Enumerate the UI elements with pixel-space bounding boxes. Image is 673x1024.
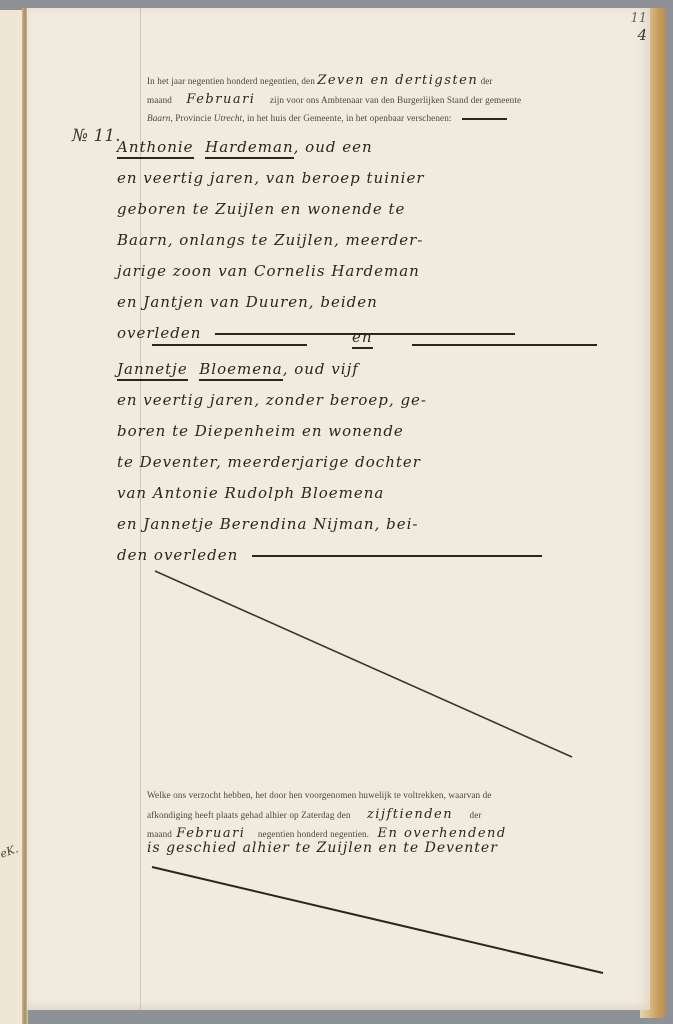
- proclamation-day-handwritten: zijftienden: [367, 807, 453, 822]
- closing-text: afkondiging heeft plaats gehad alhier op…: [147, 810, 351, 820]
- left-page-edge: [0, 10, 24, 1024]
- closing-text: maand: [147, 829, 172, 839]
- closing-line-4-handwritten: is geschied alhier te Zuijlen en te Deve…: [147, 840, 498, 856]
- closing-line-2: afkondiging heeft plaats gehad alhier op…: [147, 805, 607, 825]
- closing-line-1: Welke ons verzocht hebben, het door hen …: [147, 786, 607, 805]
- closing-text: negentien honderd negentien.: [258, 829, 369, 839]
- register-page: 11 4 In het jaar negentien honderd negen…: [27, 8, 650, 1010]
- cancel-strike-lines: [27, 8, 650, 1010]
- handwritten-addendum: En overhendend: [378, 826, 507, 841]
- proclamation-month-handwritten: Februari: [176, 826, 245, 841]
- closing-text: der: [470, 810, 482, 820]
